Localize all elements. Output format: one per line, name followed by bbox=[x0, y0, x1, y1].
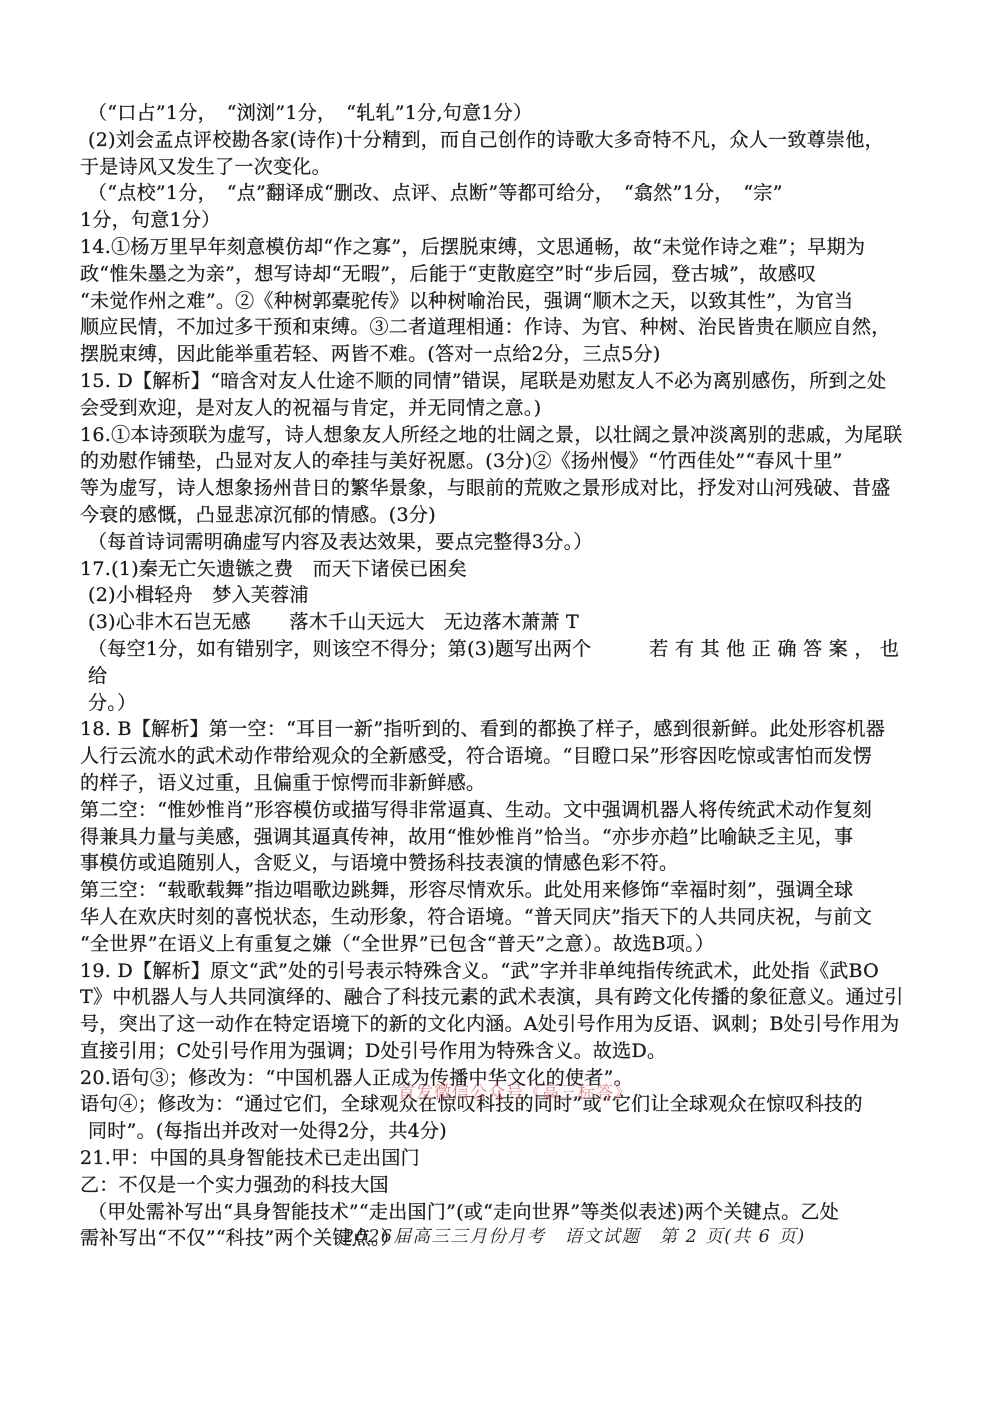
text-line: （每首诗词需明确虚写内容及表达效果，要点完整得3分。） bbox=[80, 529, 912, 556]
text-line: 今衰的感慨，凸显悲凉沉郁的情感。(3分) bbox=[80, 502, 912, 529]
text-line: 分。） bbox=[80, 690, 912, 717]
text-line: 同时”。(每指出并改对一处得2分，共4分) bbox=[80, 1118, 912, 1145]
text-line: （“点校”1分， “点”翻译成“删改、点评、点断”等都可给分， “翕然”1分， … bbox=[80, 180, 912, 207]
text-line: (3)心非木石岂无感 落木千山天远大 无边落木萧萧 T bbox=[80, 609, 912, 636]
text-line: 事模仿或追随别人，含贬义，与语境中赞扬科技表演的情感色彩不符。 bbox=[80, 850, 912, 877]
text-line: 14.①杨万里早年刻意模仿却“作之寡”，后摆脱束缚，文思通畅，故“未觉作诗之难”… bbox=[80, 234, 912, 261]
text-line: 1分，句意1分） bbox=[80, 207, 912, 234]
text-line: 顺应民情，不加过多干预和束缚。③二者道理相通：作诗、为官、种树、治民皆贵在顺应自… bbox=[80, 314, 912, 341]
text-line: 于是诗风又发生了一次变化。 bbox=[80, 154, 912, 181]
text-line: 15. D【解析】“暗含对友人仕途不顺的同情”错误，尾联是劝慰友人不必为离别感伤… bbox=[80, 368, 912, 395]
text-line: 号，突出了这一动作在特定语境下的新的文化内涵。A处引号作用为反语、讽刺；B处引号… bbox=[80, 1011, 912, 1038]
text-line: 第三空：“载歌载舞”指边唱歌边跳舞，形容尽情欢乐。此处用来修饰“幸福时刻”，强调… bbox=[80, 877, 912, 904]
text-line: 人行云流水的武术动作带给观众的全新感受，符合语境。“目瞪口呆”形容因吃惊或害怕而… bbox=[80, 743, 912, 770]
text-line: 的样子，语义过重，且偏重于惊愕而非新鲜感。 bbox=[80, 770, 912, 797]
text-line: 得兼具力量与美感，强调其逼真传神，故用“惟妙惟肖”恰当。“亦步亦趋”比喻缺乏主见… bbox=[80, 824, 912, 851]
text-line: “全世界”在语义上有重复之嫌（“全世界”已包含“普天”之意）。故选B项。） bbox=[80, 931, 912, 958]
text-line: “未觉作州之难”。②《种树郭橐驼传》以种树喻治民，强调“顺木之天，以致其性”，为… bbox=[80, 288, 912, 315]
text-line: 第二空：“惟妙惟肖”形容模仿或描写得非常逼真、生动。文中强调机器人将传统武术动作… bbox=[80, 797, 912, 824]
page-footer: 2026届高三三月份月考 语文试题 第 2 页(共 6 页) bbox=[343, 1223, 806, 1248]
text-line: 摆脱束缚，因此能举重若轻、两皆不难。(答对一点给2分，三点5分) bbox=[80, 341, 912, 368]
text-line: T》中机器人与人共同演绎的、融合了科技元素的武术表演，具有跨文化传播的象征意义。… bbox=[80, 984, 912, 1011]
text-line: 19. D【解析】原文“武”处的引号表示特殊含义。“武”字并非单纯指传统武术，此… bbox=[80, 958, 912, 985]
text-line: 直接引用；C处引号作用为强调；D处引号作用为特殊含义。故选D。 bbox=[80, 1038, 912, 1065]
text-line: 16.①本诗颈联为虚写，诗人想象友人所经之地的壮阔之景，以壮阔之景冲淡离别的悲戚… bbox=[80, 422, 912, 449]
text-line: （每空1分，如有错别字，则该空不得分；第(3)题写出两个 若 有 其 他 正 确… bbox=[80, 636, 912, 690]
text-line: 17.(1)秦无亡矢遗镞之费 而天下诸侯已困矣 bbox=[80, 556, 912, 583]
exam-answer-page: （“口占”1分， “浏浏”1分， “轧轧”1分,句意1分）(2)刘会孟点评校勘各… bbox=[0, 0, 992, 1403]
text-line: 政“惟朱墨之为亲”，想写诗却“无暇”，后能于“吏散庭空”时“步后园，登古城”，故… bbox=[80, 261, 912, 288]
text-line: (2)刘会孟点评校勘各家(诗作)十分精到，而自己创作的诗歌大多奇特不凡，众人一致… bbox=[80, 127, 912, 154]
text-line: （甲处需补写出“具身智能技术”“走出国门”(或“走向世界”等类似表述)两个关键点… bbox=[80, 1199, 912, 1226]
text-line: 乙：不仅是一个实力强劲的科技大国 bbox=[80, 1172, 912, 1199]
text-line: 会受到欢迎，是对友人的祝福与肯定，并无同情之意。) bbox=[80, 395, 912, 422]
text-line: 21.甲：中国的具身智能技术已走出国门 bbox=[80, 1145, 912, 1172]
text-line: 的劝慰作铺垫，凸显对友人的牵挂与美好祝愿。(3分)②《扬州慢》“竹西佳处”“春风… bbox=[80, 448, 912, 475]
text-line: 18. B【解析】第一空：“耳目一新”指听到的、看到的都换了样子，感到很新鲜。此… bbox=[80, 716, 912, 743]
text-line: (2)小楫轻舟 梦入芙蓉浦 bbox=[80, 582, 912, 609]
text-line: 等为虚写，诗人想象扬州昔日的繁华景象，与眼前的荒败之景形成对比，抒发对山河残破、… bbox=[80, 475, 912, 502]
text-line: （“口占”1分， “浏浏”1分， “轧轧”1分,句意1分） bbox=[80, 100, 912, 127]
text-line: 华人在欢庆时刻的喜悦状态，生动形象，符合语境。“普天同庆”指天下的人共同庆祝，与… bbox=[80, 904, 912, 931]
watermark-text: 首发微信公众号《高三标答》 bbox=[398, 1078, 632, 1103]
